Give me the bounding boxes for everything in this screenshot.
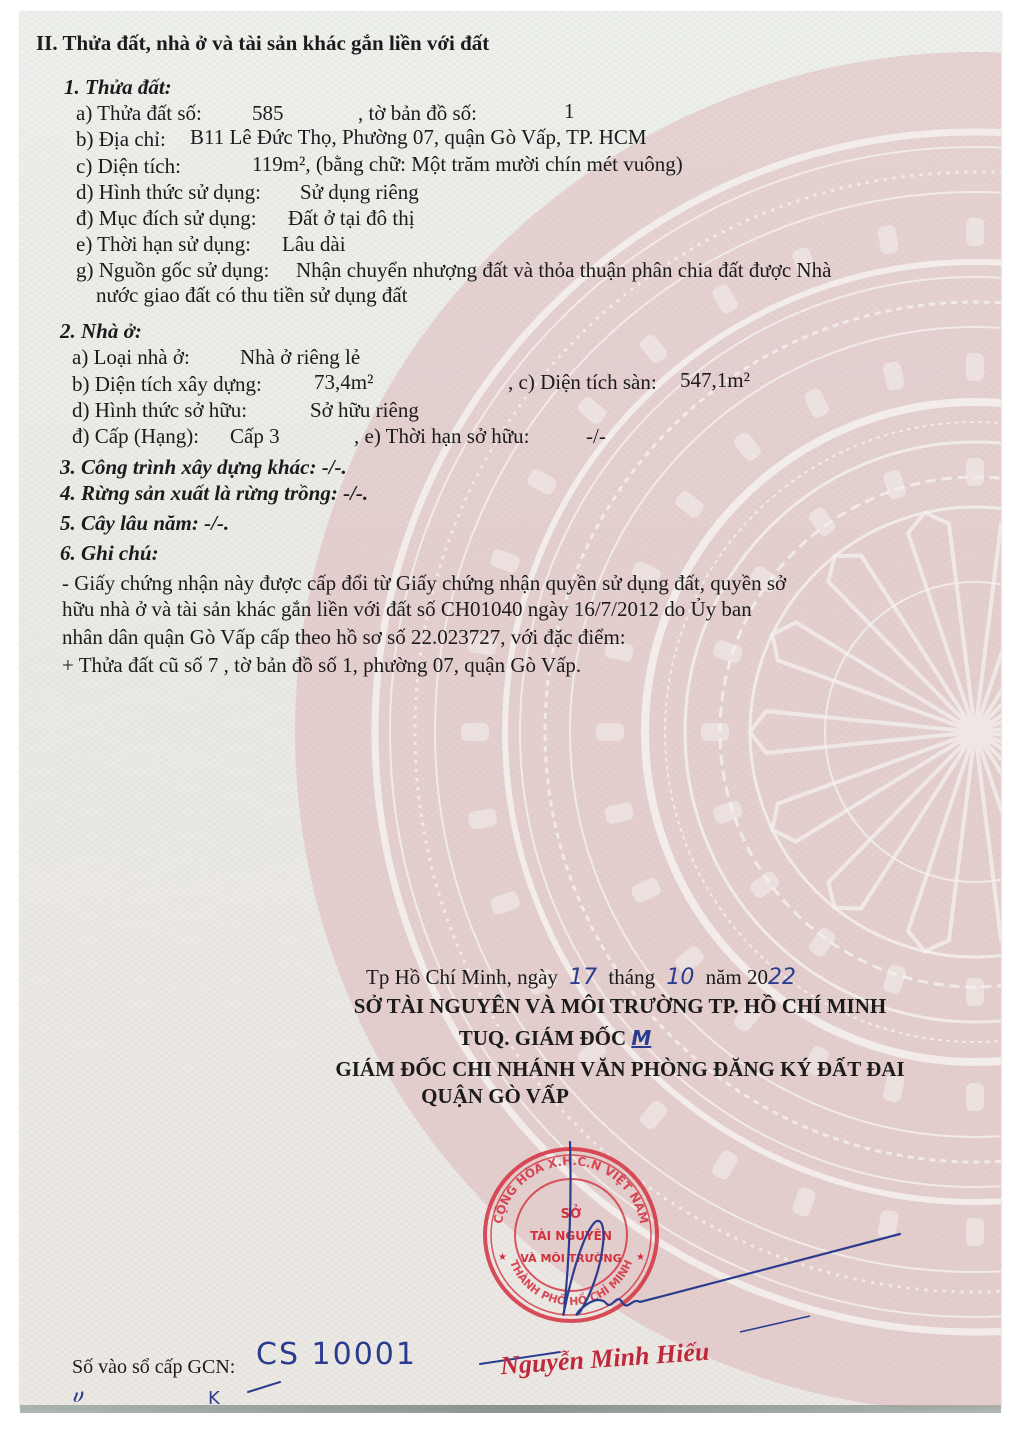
stamp-center-2: TÀI NGUYÊN bbox=[530, 1228, 612, 1243]
land-origin-value-2: nước giao đất có thu tiền sử dụng đất bbox=[96, 282, 407, 308]
land-usage-form-value: Sử dụng riêng bbox=[300, 179, 419, 205]
year-label: năm 20 bbox=[706, 965, 768, 989]
house-ownership-label: d) Hình thức sở hữu: bbox=[72, 397, 247, 423]
house-floor-area-value: 547,1m² bbox=[680, 367, 750, 393]
land-parcel-value: 585 bbox=[252, 100, 284, 126]
house-heading: 2. Nhà ở: bbox=[60, 318, 142, 344]
land-term-label: e) Thời hạn sử dụng: bbox=[76, 231, 251, 257]
land-parcel-label: a) Thửa đất số: bbox=[76, 100, 202, 126]
signer-position-1: GIÁM ĐỐC CHI NHÁNH VĂN PHÒNG ĐĂNG KÝ ĐẤT… bbox=[270, 1056, 970, 1082]
notes-line-1: - Giấy chứng nhận này được cấp đổi từ Gi… bbox=[62, 570, 786, 596]
land-purpose-label: đ) Mục đích sử dụng: bbox=[76, 205, 257, 231]
production-forest: 4. Rừng sản xuất là rừng trồng: -/-. bbox=[60, 480, 368, 506]
issuing-department: SỞ TÀI NGUYÊN VÀ MÔI TRƯỜNG TP. HỒ CHÍ M… bbox=[270, 993, 970, 1019]
on-behalf-director: TUQ. GIÁM ĐỐC M bbox=[270, 1025, 840, 1051]
date-year-suffix: 22 bbox=[768, 965, 796, 990]
notes-line-4: + Thửa đất cũ số 7 , tờ bản đồ số 1, phư… bbox=[62, 652, 581, 678]
land-area-value: 119m², (bằng chữ: Một trăm mười chín mét… bbox=[252, 151, 683, 177]
registry-number: CS 10001 bbox=[256, 1342, 417, 1368]
house-grade-label: đ) Cấp (Hạng): bbox=[72, 423, 199, 449]
house-term-value: -/- bbox=[586, 423, 606, 449]
house-build-area-label: b) Diện tích xây dựng: bbox=[72, 371, 262, 397]
notes-line-2: hữu nhà ở và tài sản khác gắn liền với đ… bbox=[62, 596, 752, 622]
land-heading: 1. Thửa đất: bbox=[64, 74, 172, 100]
paper-edge bbox=[20, 1405, 1001, 1413]
land-map-value: 1 bbox=[564, 98, 575, 124]
land-purpose-value: Đất ở tại đô thị bbox=[288, 205, 415, 231]
place-date-prefix: Tp Hồ Chí Minh, ngày bbox=[366, 965, 558, 989]
perennial-trees: 5. Cây lâu năm: -/-. bbox=[60, 510, 229, 536]
land-address-label: b) Địa chỉ: bbox=[76, 126, 166, 152]
registry-label: Số vào sổ cấp GCN: bbox=[72, 1354, 235, 1380]
official-stamp-icon: CỘNG HÒA X.H.C.N VIỆT NAM THÀNH PHỐ HỒ C… bbox=[476, 1140, 666, 1325]
notes-heading: 6. Ghi chú: bbox=[60, 540, 159, 566]
land-address-value: B11 Lê Đức Thọ, Phường 07, quận Gò Vấp, … bbox=[190, 124, 647, 150]
land-origin-value-1: Nhận chuyển nhượng đất và thỏa thuận phâ… bbox=[296, 257, 831, 283]
signer-position-2: QUẬN GÒ VẤP bbox=[270, 1083, 720, 1109]
house-term-label: , e) Thời hạn sở hữu: bbox=[354, 423, 530, 449]
date-month: 10 bbox=[666, 965, 694, 990]
house-grade-value: Cấp 3 bbox=[230, 423, 280, 449]
place-date: Tp Hồ Chí Minh, ngày 17 tháng 10 năm 202… bbox=[366, 964, 796, 991]
initial-mark: M bbox=[631, 1026, 651, 1050]
house-build-area-value: 73,4m² bbox=[314, 369, 373, 395]
house-floor-area-label: , c) Diện tích sàn: bbox=[508, 369, 657, 395]
on-behalf-label: TUQ. GIÁM ĐỐC bbox=[459, 1026, 626, 1050]
house-type-value: Nhà ở riêng lẻ bbox=[240, 344, 360, 370]
svg-text:★: ★ bbox=[498, 1252, 507, 1263]
land-area-label: c) Diện tích: bbox=[76, 153, 181, 179]
certificate-page: II. Thửa đất, nhà ở và tài sản khác gắn … bbox=[20, 12, 1001, 1409]
notes-line-3: nhân dân quận Gò Vấp cấp theo hồ sơ số 2… bbox=[62, 624, 626, 650]
stamp-center-3: VÀ MÔI TRƯỜNG bbox=[520, 1252, 621, 1265]
house-ownership-value: Sở hữu riêng bbox=[310, 397, 419, 423]
other-construction: 3. Công trình xây dựng khác: -/-. bbox=[60, 454, 347, 480]
land-origin-label: g) Nguồn gốc sử dụng: bbox=[76, 257, 269, 283]
house-type-label: a) Loại nhà ở: bbox=[72, 344, 190, 370]
svg-text:★: ★ bbox=[636, 1252, 645, 1263]
month-label: tháng bbox=[608, 965, 655, 989]
land-map-label: , tờ bản đồ số: bbox=[358, 100, 477, 126]
stamp-center-1: SỞ bbox=[561, 1205, 582, 1222]
date-day: 17 bbox=[569, 965, 597, 990]
section-title: II. Thửa đất, nhà ở và tài sản khác gắn … bbox=[36, 30, 489, 56]
land-term-value: Lâu dài bbox=[282, 231, 346, 257]
land-usage-form-label: d) Hình thức sử dụng: bbox=[76, 179, 261, 205]
